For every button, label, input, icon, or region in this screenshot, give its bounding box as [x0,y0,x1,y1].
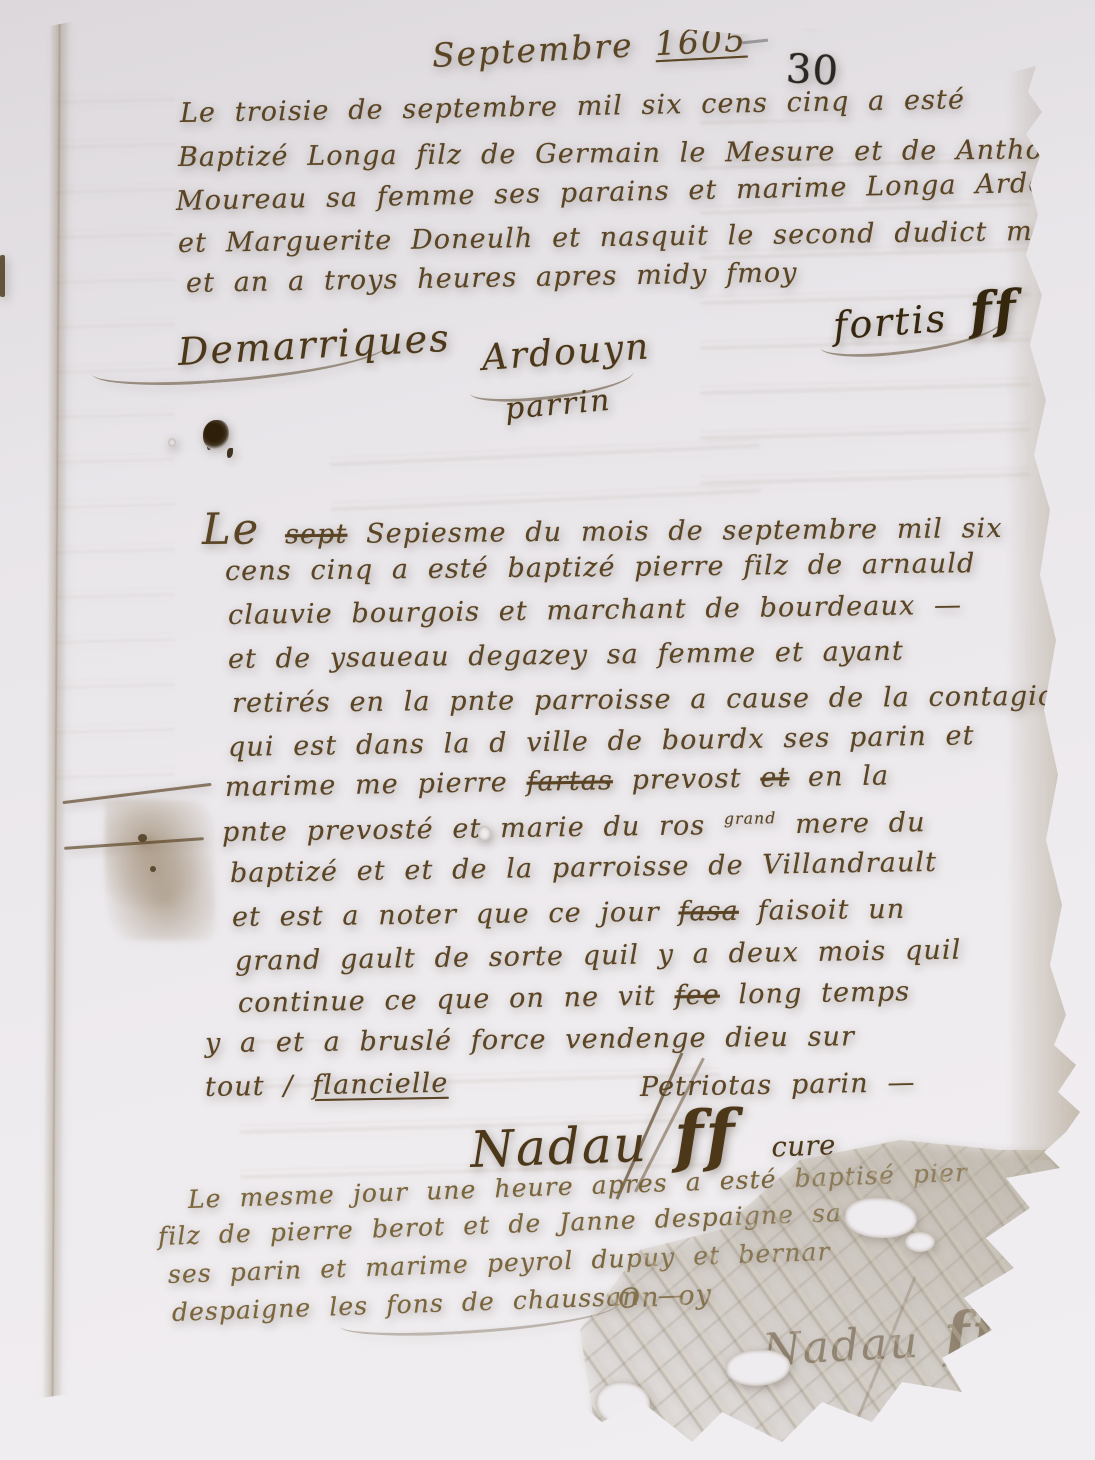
entry-line: clauvie bourgois et marchant de bourdeau… [228,590,963,631]
entry-line: y a et a bruslé force vendenge dieu sur [205,1021,855,1059]
entry-line: pnte prevosté et marie du ros grand mere… [222,806,926,848]
paper-hole [168,438,176,447]
entry-line: baptizé et et de la parroisse de Villand… [230,847,938,889]
paper-hole [905,1232,935,1252]
scanned-manuscript-page: Septembre 1605 30 Le troisie de septembr… [0,0,1095,1460]
ink-bleedthrough [55,80,175,800]
edge-mark [0,255,5,297]
entry-line: cens cinq a esté baptizé pierre filz de … [225,548,976,587]
pencil-mark [800,17,818,21]
ink-blot [203,420,229,450]
manuscript-paper: Septembre 1605 30 Le troisie de septembr… [0,0,1095,1460]
stain [105,800,215,940]
entry-line: et est a noter que ce jour fasa faisoit … [232,894,906,933]
entry-line: marime me pierre fartas prevost et en la [225,760,890,803]
entry-line: qui est dans la d ville de bourdx ses pa… [228,720,975,763]
ink-speck [150,866,156,872]
entry-line: tout / flancielle [205,1068,449,1103]
entry-line: grand gault de sorte quil y a deux mois … [235,935,962,977]
entry-line: continue ce que on ne vit fee long temps [238,976,911,1019]
paper-hole [845,1198,917,1238]
entry-line: Le sept Sepiesme du mois de septembre mi… [202,498,1003,555]
entry-line: et de ysaueau degazey sa femme et ayant [228,636,904,675]
paper-hole [478,826,491,841]
entry-line: retirés en la pnte parroisse a cause de … [232,681,1074,719]
page-title: Septembre 1605 [431,20,748,75]
